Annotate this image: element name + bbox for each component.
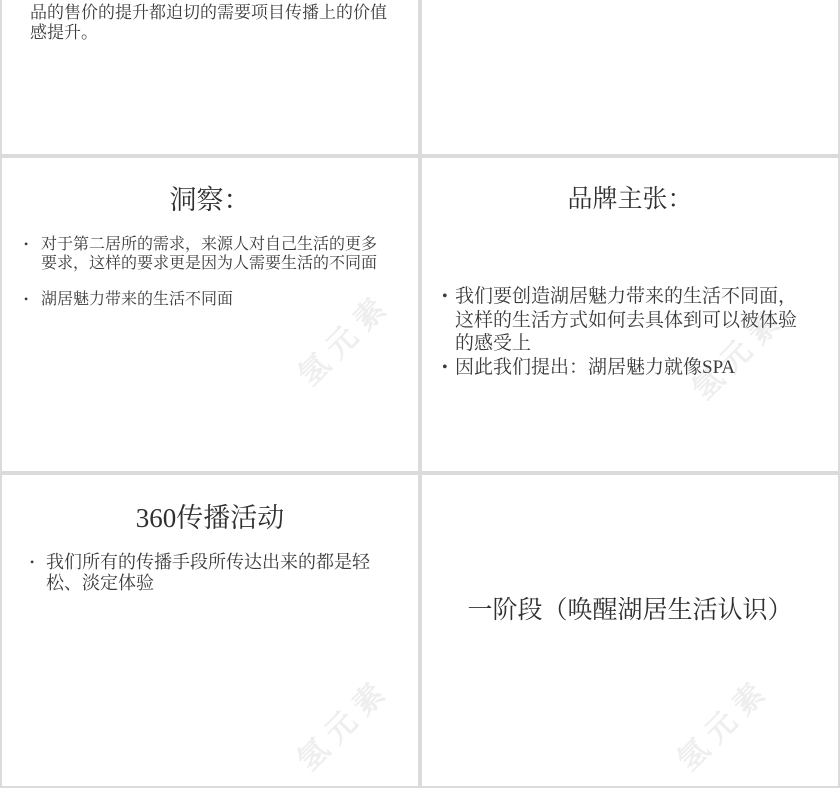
bullet-text: 我们要创造湖居魅力带来的生活不同面， 这样的生活方式如何去具体到可以被体验 的感… [455,285,797,356]
slide-thumbnail-1[interactable]: 品的售价的提升都迫切的需要项目传播上的价值 感提升。 [2,0,418,154]
bullet-text: 因此我们提出：湖居魅力就像SPA [455,356,735,380]
bullet-text: 对于第二居所的需求，来源人对自己生活的更多 要求，这样的要求更是因为人需要生活的… [41,235,377,273]
bullet-marker: • [24,235,41,254]
slide-sorter-canvas: 品的售价的提升都迫切的需要项目传播上的价值 感提升。 洞察： • 对于第二居所的… [0,0,840,788]
slide-title: 360传播活动 [2,503,418,533]
slide-title: 洞察： [2,185,418,215]
bullet-marker: • [442,285,455,309]
list-item: • 我们要创造湖居魅力带来的生活不同面， 这样的生活方式如何去具体到可以被体验 … [442,285,838,356]
slide-thumbnail-4[interactable]: 品牌主张： • 我们要创造湖居魅力带来的生活不同面， 这样的生活方式如何去具体到… [422,158,838,471]
slide-thumbnail-3[interactable]: 洞察： • 对于第二居所的需求，来源人对自己生活的更多 要求，这样的要求更是因为… [2,158,418,471]
list-item: • 我们所有的传播手段所传达出来的都是轻 松、淡定体验 [30,552,418,594]
bullet-marker: • [30,552,46,573]
list-item: • 因此我们提出：湖居魅力就像SPA [442,356,838,380]
bullet-list: • 我们要创造湖居魅力带来的生活不同面， 这样的生活方式如何去具体到可以被体验 … [422,285,838,379]
slide-title: 一阶段（唤醒湖居生活认识） [422,590,838,626]
slide-title: 品牌主张： [422,186,838,214]
bullet-list: • 对于第二居所的需求，来源人对自己生活的更多 要求，这样的要求更是因为人需要生… [2,235,418,309]
slide-thumbnail-6[interactable]: 一阶段（唤醒湖居生活认识） [422,475,838,786]
slide-thumbnail-5[interactable]: 360传播活动 • 我们所有的传播手段所传达出来的都是轻 松、淡定体验 [2,475,418,786]
bullet-marker: • [24,290,41,309]
bullet-marker: • [442,356,455,380]
slide-body-text: 品的售价的提升都迫切的需要项目传播上的价值 感提升。 [30,3,388,42]
bullet-text: 湖居魅力带来的生活不同面 [41,290,233,309]
bullet-list: • 我们所有的传播手段所传达出来的都是轻 松、淡定体验 [2,552,418,594]
list-item: • 对于第二居所的需求，来源人对自己生活的更多 要求，这样的要求更是因为人需要生… [24,235,418,273]
slide-thumbnail-2[interactable] [422,0,838,154]
list-item: • 湖居魅力带来的生活不同面 [24,290,418,309]
bullet-text: 我们所有的传播手段所传达出来的都是轻 松、淡定体验 [46,552,370,594]
